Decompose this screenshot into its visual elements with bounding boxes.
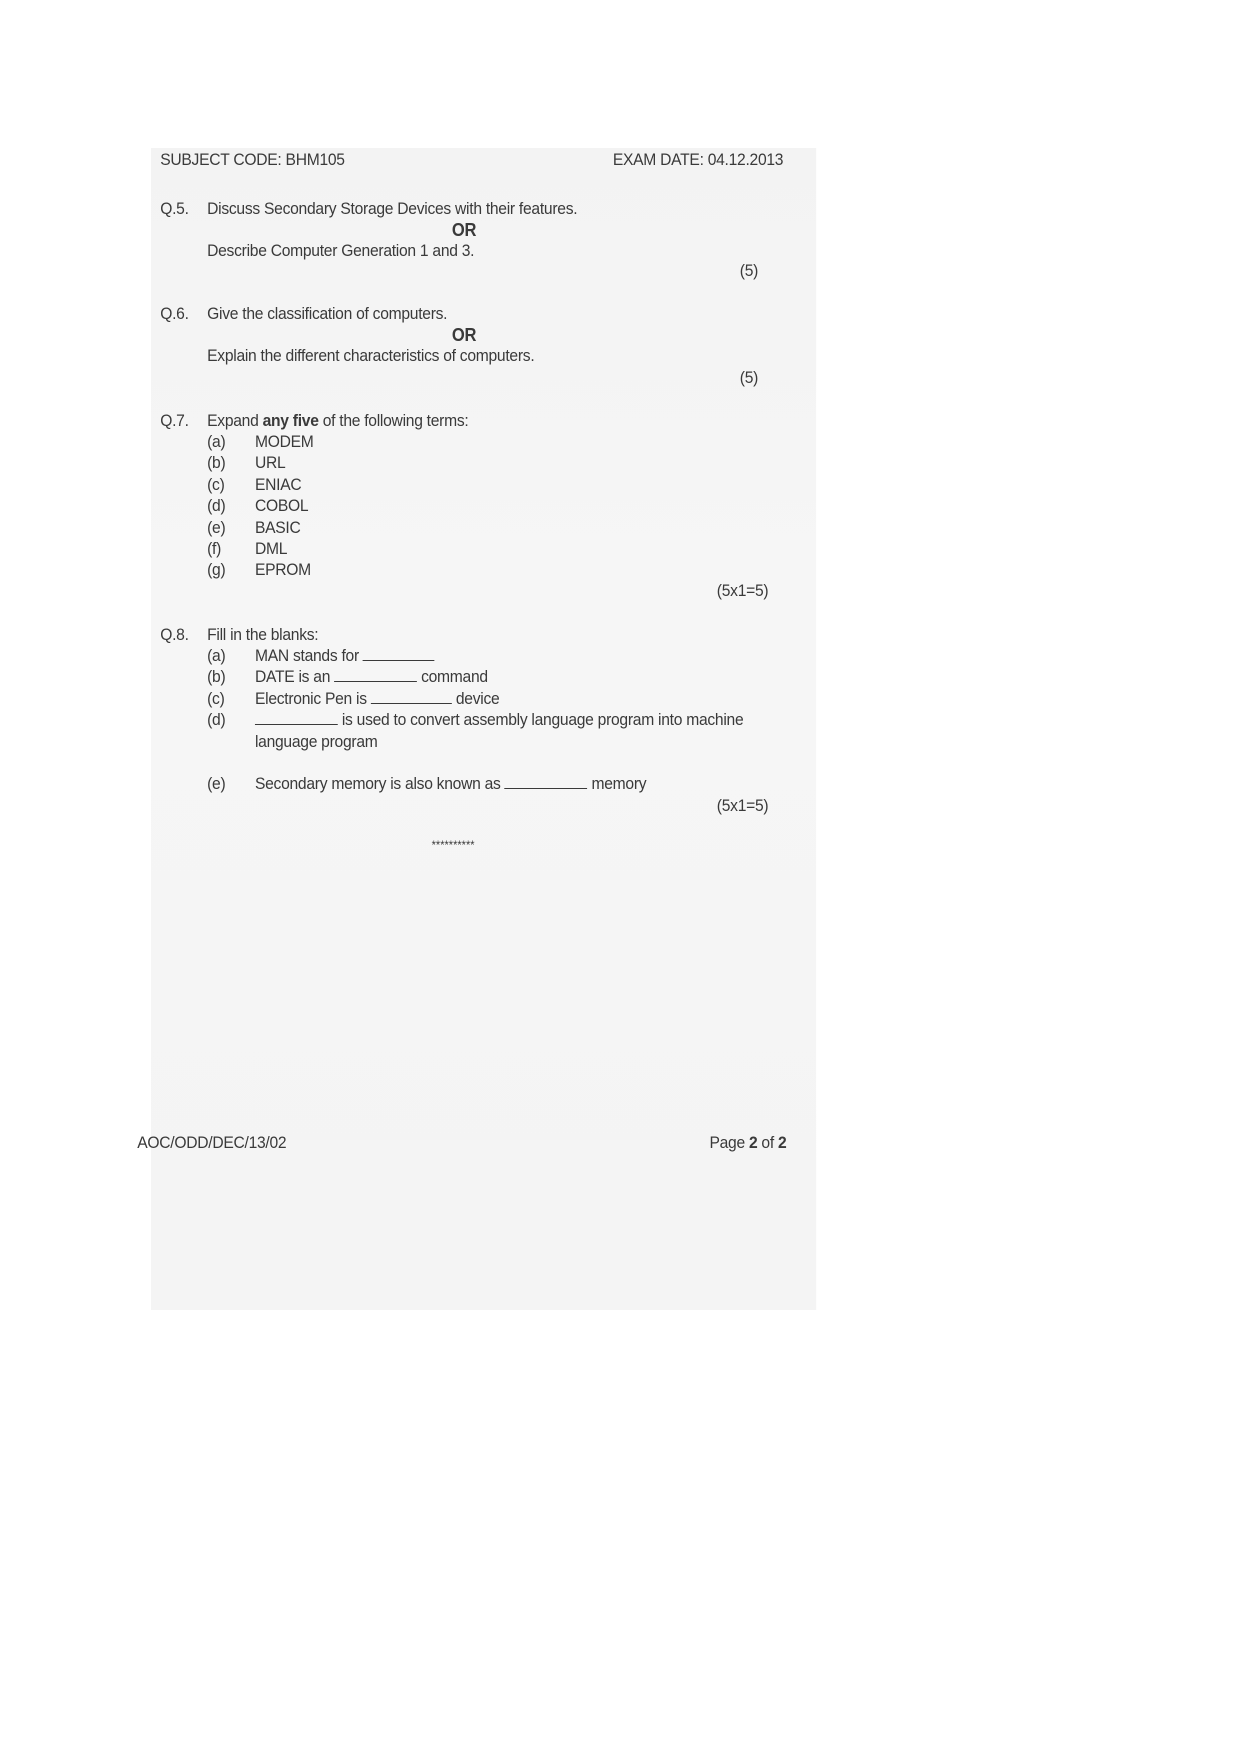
text-after: command (417, 667, 488, 686)
fill-blank-item: MAN stands for (255, 646, 435, 666)
or-separator: OR (452, 220, 476, 241)
blank-line (371, 690, 452, 704)
text-after: memory (587, 774, 646, 793)
item-text: MODEM (255, 432, 314, 452)
page-prefix: Page (709, 1133, 749, 1152)
fill-blank-item: is used to convert assembly language pro… (255, 710, 743, 730)
fill-blank-continuation: language program (255, 732, 378, 752)
item-label: (c) (207, 475, 224, 495)
question-number: Q.8. (160, 625, 188, 645)
question-marks: (5x1=5) (717, 581, 769, 601)
question-alt-text: Describe Computer Generation 1 and 3. (207, 241, 474, 261)
text-after: is used to convert assembly language pro… (338, 710, 744, 729)
exam-date: EXAM DATE: 04.12.2013 (613, 150, 783, 170)
page-number: Page 2 of 2 (709, 1133, 786, 1153)
item-label: (a) (207, 646, 225, 666)
question-marks: (5) (740, 261, 758, 281)
fill-blank-item: Secondary memory is also known as memory (255, 774, 646, 794)
item-text: DML (255, 539, 287, 559)
item-label: (d) (207, 710, 225, 730)
subject-code: SUBJECT CODE: BHM105 (160, 150, 345, 170)
text-before: MAN stands for (255, 646, 363, 665)
blank-line (334, 668, 417, 682)
item-text: ENIAC (255, 475, 301, 495)
item-label: (b) (207, 453, 225, 473)
blank-line (505, 775, 588, 789)
item-text: COBOL (255, 496, 308, 516)
or-separator: OR (452, 325, 476, 346)
item-text: BASIC (255, 518, 301, 538)
item-label: (d) (207, 496, 225, 516)
question-number: Q.7. (160, 411, 188, 431)
item-label: (g) (207, 560, 225, 580)
question-marks: (5x1=5) (717, 796, 769, 816)
text-after: of the following terms: (319, 411, 469, 430)
question-alt-text: Explain the different characteristics of… (207, 346, 534, 366)
question-text: Give the classification of computers. (207, 304, 447, 324)
question-number: Q.5. (160, 199, 188, 219)
fill-blank-item: Electronic Pen is device (255, 689, 499, 709)
question-number: Q.6. (160, 304, 188, 324)
item-text: EPROM (255, 560, 311, 580)
text-before: Electronic Pen is (255, 689, 371, 708)
item-label: (a) (207, 432, 225, 452)
item-label: (e) (207, 774, 225, 794)
exam-page: SUBJECT CODE: BHM105 EXAM DATE: 04.12.20… (151, 148, 816, 1310)
end-marker: ********** (432, 838, 475, 852)
text-before: Expand (207, 411, 262, 430)
question-text: Fill in the blanks: (207, 625, 318, 645)
item-label: (e) (207, 518, 225, 538)
footer-code: AOC/ODD/DEC/13/02 (137, 1133, 286, 1153)
text-before: Secondary memory is also known as (255, 774, 505, 793)
page-current: 2 (749, 1133, 757, 1152)
question-text: Expand any five of the following terms: (207, 411, 468, 431)
page-mid: of (757, 1133, 778, 1152)
text-before: DATE is an (255, 667, 334, 686)
item-text: URL (255, 453, 285, 473)
blank-line (363, 647, 435, 661)
text-emphasis: any five (263, 411, 319, 430)
blank-line (255, 711, 338, 725)
page-total: 2 (778, 1133, 786, 1152)
item-label: (f) (207, 539, 221, 559)
question-text: Discuss Secondary Storage Devices with t… (207, 199, 577, 219)
item-label: (c) (207, 689, 224, 709)
text-after: device (452, 689, 500, 708)
question-marks: (5) (740, 368, 758, 388)
item-label: (b) (207, 667, 225, 687)
fill-blank-item: DATE is an command (255, 667, 488, 687)
